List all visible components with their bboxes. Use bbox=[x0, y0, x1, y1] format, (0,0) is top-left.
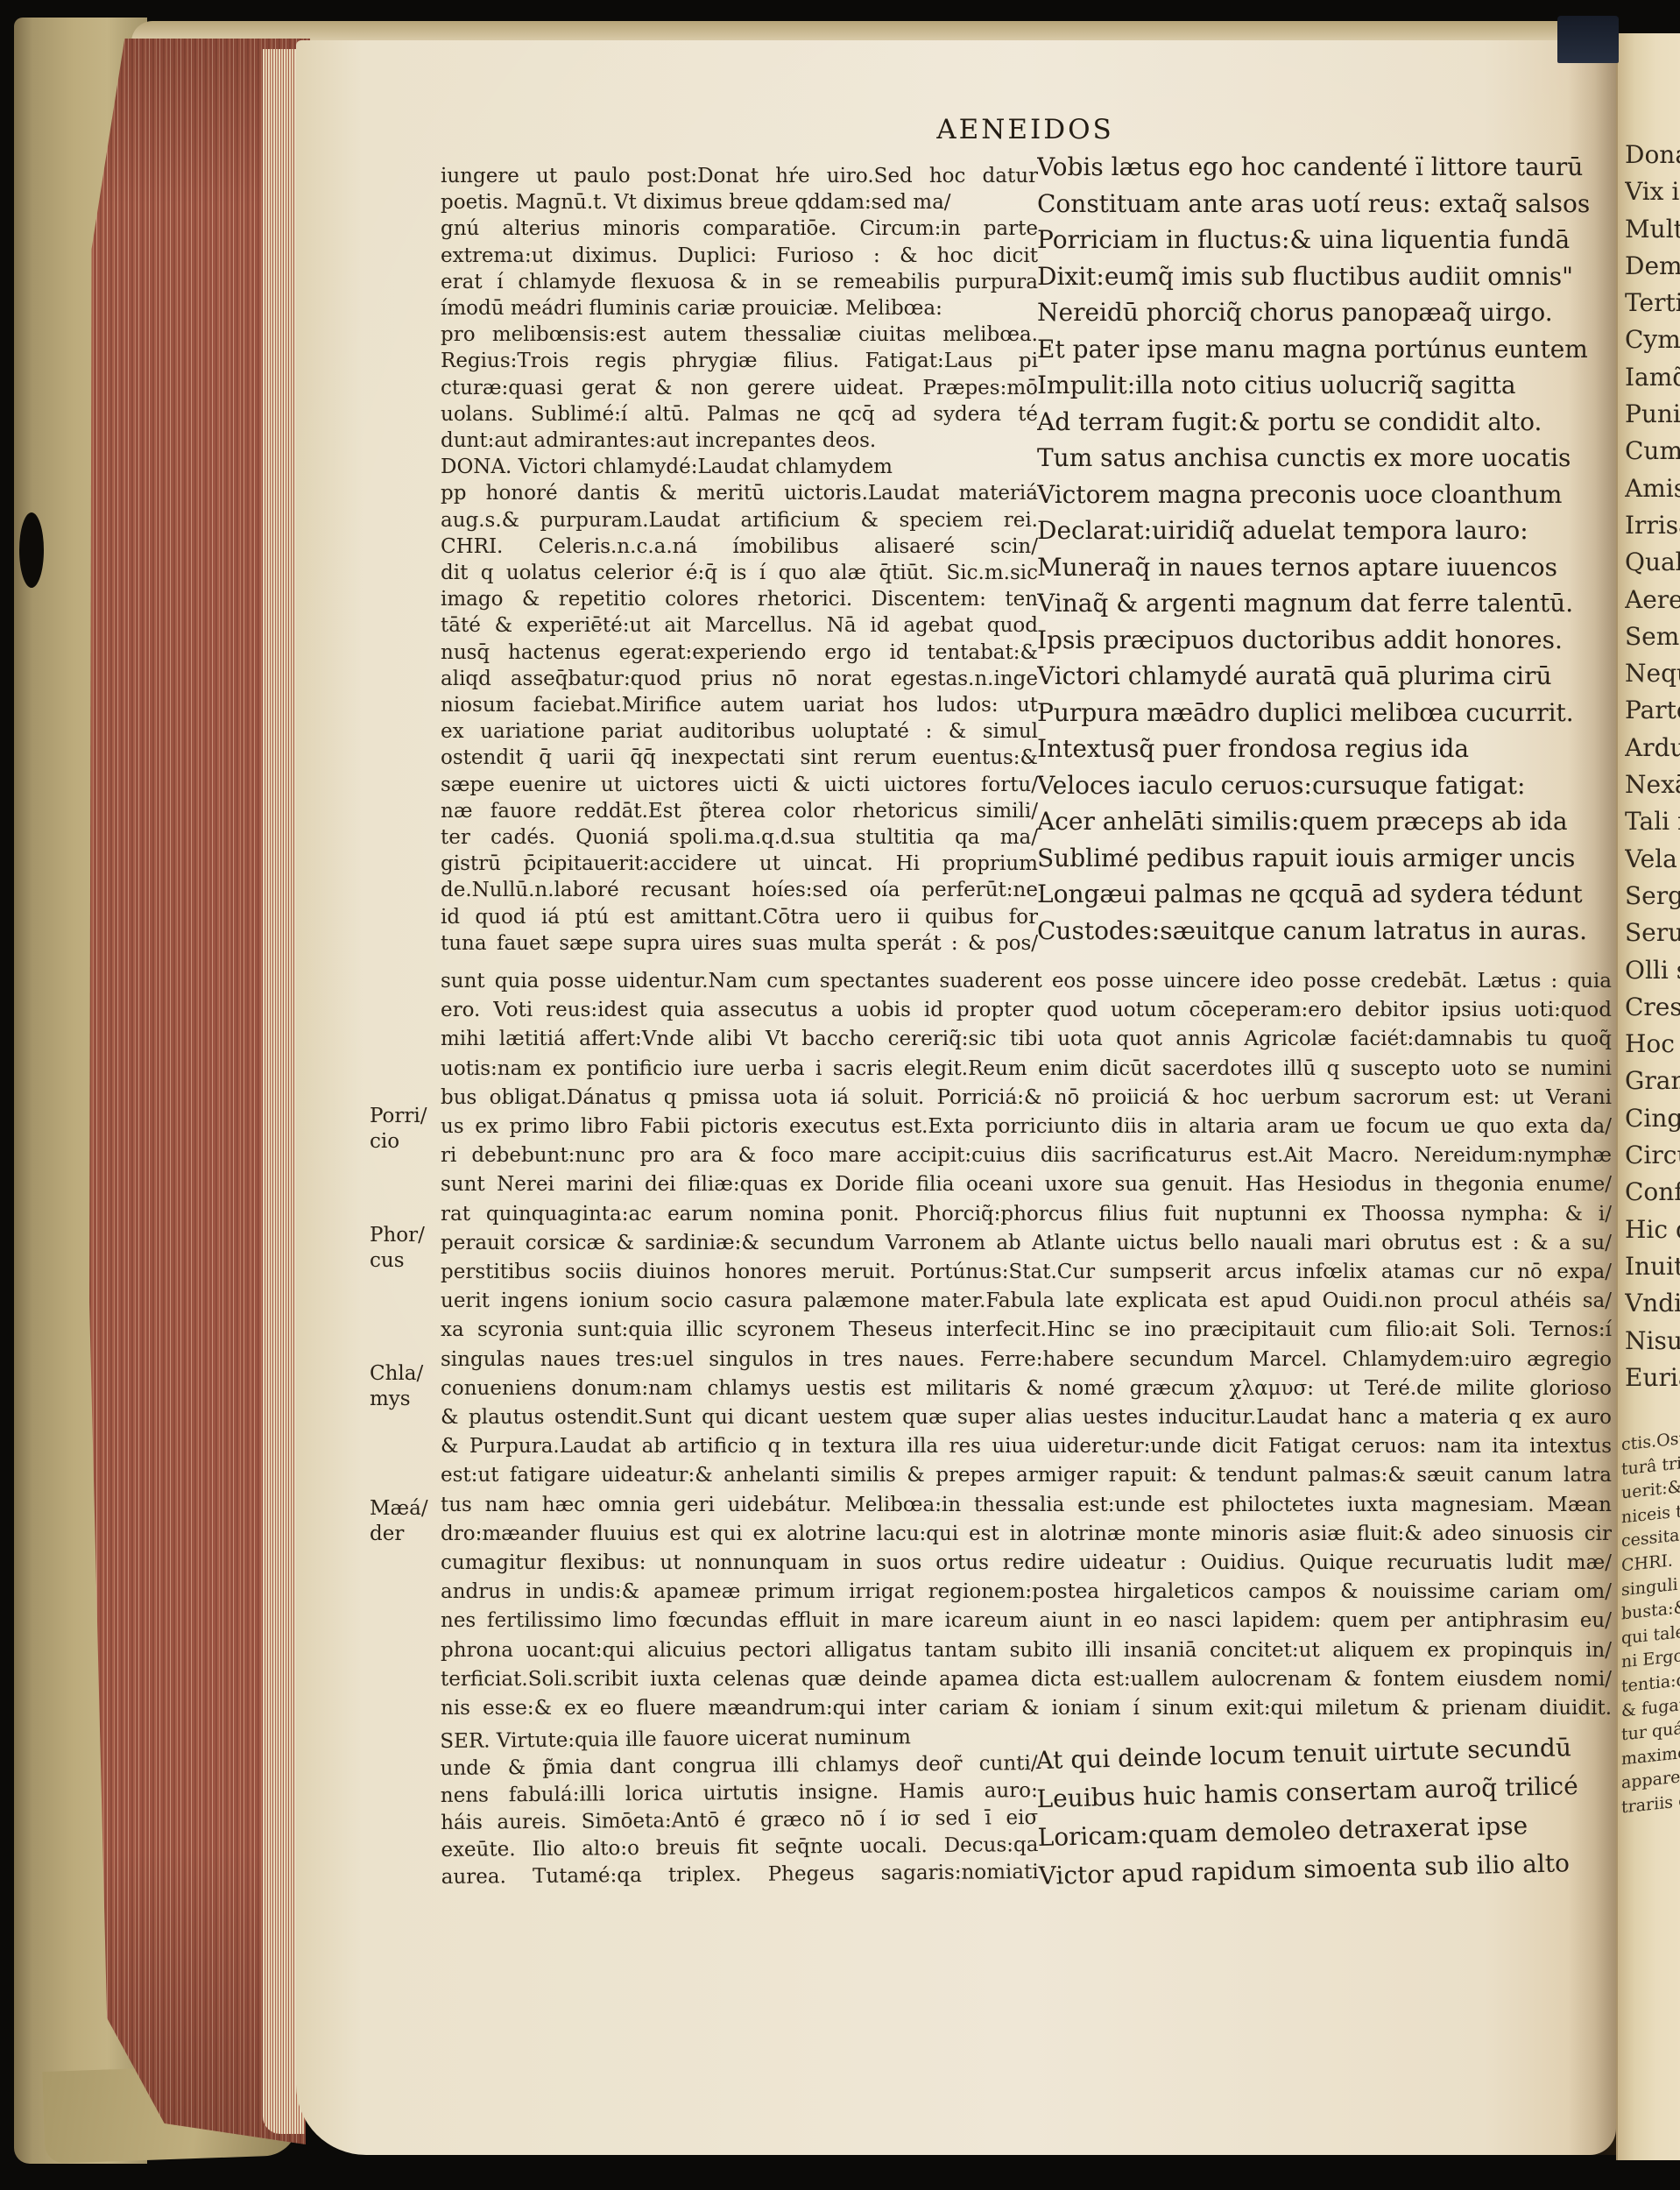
facing-page-poem-fragments: DonatVix illMultipDemolTertiaCymbiIamq̃ … bbox=[1625, 137, 1680, 1396]
commentary-line: cturæ:quasi gerat & non gerere uideat. P… bbox=[441, 375, 1038, 401]
poem-fragment-line: Donat bbox=[1625, 137, 1680, 173]
poem-fragment-line: Inuitat bbox=[1625, 1248, 1680, 1285]
commentary-line: ter cadés. Quoniá spoli.ma.q.d.sua stult… bbox=[441, 824, 1038, 851]
poem-fragment-line: Cingeb bbox=[1625, 1100, 1680, 1137]
commentary-line: est:ut fatigare uideatur:& anhelanti sim… bbox=[441, 1461, 1612, 1490]
commentary-column-bottom: SER. Virtute:quia ille fauore uicerat nu… bbox=[440, 1723, 1039, 1891]
poem-fragment-line: Circus e bbox=[1625, 1137, 1680, 1174]
commentary-line: id quod iá ptú est amittant.Cōtra uero i… bbox=[441, 904, 1038, 930]
poem-fragment-line: Seruat bbox=[1625, 915, 1680, 951]
poem-fragment-line: Arduus bbox=[1625, 730, 1680, 766]
poem-line: Purpura mæādro duplici melibœa cucurrit. bbox=[1037, 695, 1612, 731]
poem-line: Impulit:illa noto citius uolucriq̃ sagit… bbox=[1037, 367, 1612, 404]
commentary-line: ri debebunt:nunc pro ara & foco mare acc… bbox=[441, 1141, 1612, 1170]
poem-column-top: Vobis lætus ego hoc candenté ï littore t… bbox=[1037, 149, 1612, 949]
commentary-line: erat í chlamyde flexuosa & in se remeabi… bbox=[441, 269, 1038, 295]
commentary-line: poetis. Magnū.t. Vt diximus breue qddam:… bbox=[441, 189, 1038, 215]
poem-fragment-line: Cum sc bbox=[1625, 433, 1680, 470]
commentary-line: ímodū meádri fluminis cariæ prouiciæ. Me… bbox=[441, 295, 1038, 321]
poem-line: Muneraq̃ in naues ternos aptare iuuencos bbox=[1037, 549, 1612, 586]
commentary-line: ero. Voti reus:idest quia assecutus a uo… bbox=[441, 996, 1612, 1025]
commentary-line: pp honoré dantis & meritū uictoris.Lauda… bbox=[441, 480, 1038, 506]
poem-line: Nereidū phorciq̃ chorus panopæaq̃ uirgo. bbox=[1037, 294, 1612, 331]
commentary-line: sunt quia posse uidentur.Nam cum spectan… bbox=[441, 967, 1612, 996]
commentary-line: & plautus ostendit.Sunt qui dicant ueste… bbox=[441, 1403, 1612, 1432]
poem-fragment-line: Sergest bbox=[1625, 878, 1680, 915]
commentary-line: extrema:ut diximus. Duplici: Furioso : &… bbox=[441, 243, 1038, 269]
commentary-line: nis esse:& ex eo fluere mæandrum:qui int… bbox=[441, 1694, 1612, 1723]
margin-note-maeander: Mæá/ der bbox=[370, 1496, 441, 1547]
commentary-line: nusq̄ hactenus egerat:experiendo ergo id… bbox=[441, 639, 1038, 666]
commentary-line: conueniens donum:nam chlamys uestis est … bbox=[441, 1374, 1612, 1403]
commentary-line: DONA. Victori chlamydé:Laudat chlamydem bbox=[441, 454, 1038, 480]
margin-note-porricio: Porri/ cio bbox=[370, 1104, 441, 1155]
poem-line: Victori chlamydé auratā quā plurima cirū bbox=[1037, 658, 1612, 695]
commentary-line: perstitibus sociis diuinos honores merui… bbox=[441, 1258, 1612, 1287]
commentary-line: uerit ingens ionium socio casura palæmon… bbox=[441, 1287, 1612, 1316]
poem-line: Vobis lætus ego hoc candenté ï littore t… bbox=[1037, 149, 1612, 186]
commentary-line: sunt Nerei marini dei filiæ:quas ex Dori… bbox=[441, 1170, 1612, 1199]
commentary-line: ostendit q̄ uarii q̄q̄ inexpectati sint … bbox=[441, 745, 1038, 771]
commentary-line: andrus in undis:& apameæ primum irrigat … bbox=[441, 1578, 1612, 1607]
poem-fragment-line: Tertia bbox=[1625, 285, 1680, 321]
poem-line: Custodes:sæuitque canum latratus in aura… bbox=[1037, 913, 1612, 950]
poem-fragment-line: Eurial u bbox=[1625, 1360, 1680, 1396]
poem-line: Intextusq̃ puer frondosa regius ida bbox=[1037, 731, 1612, 767]
commentary-line: dunt:aut admirantes:aut increpantes deos… bbox=[441, 427, 1038, 454]
commentary-line: rat quinquaginta:ac earum nomina ponit. … bbox=[441, 1200, 1612, 1229]
poem-fragment-line: Vela fa bbox=[1625, 841, 1680, 878]
poem-fragment-line: Demol bbox=[1625, 248, 1680, 285]
poem-line: Constituam ante aras uotí reus: extaq̃ s… bbox=[1037, 186, 1612, 223]
page-text-layer: AENEIDOS iungere ut paulo post:Donat hŕe… bbox=[296, 40, 1616, 2155]
poem-line: Ad terram fugit:& portu se condidit alto… bbox=[1037, 404, 1612, 441]
cover-damage-hole bbox=[19, 512, 44, 588]
commentary-line: imago & repetitio colores rhetorici. Dis… bbox=[441, 586, 1038, 612]
poem-fragment-line: Confess bbox=[1625, 1174, 1680, 1211]
commentary-line: bus obligat.Dánatus q pmissa uota iá sol… bbox=[441, 1084, 1612, 1113]
poem-fragment-line: Iamq̃ a bbox=[1625, 359, 1680, 396]
commentary-line: & Purpura.Laudat ab artificio q in textu… bbox=[441, 1432, 1612, 1461]
poem-fragment-line: Nexāte bbox=[1625, 766, 1680, 803]
poem-fragment-line: Nisus & bbox=[1625, 1323, 1680, 1360]
commentary-line: aliqd asseq̄batur:quod prius nō norat eg… bbox=[441, 666, 1038, 692]
poem-fragment-line: Nequic bbox=[1625, 655, 1680, 692]
commentary-fragment-line: ctis.Oste bbox=[1621, 1415, 1680, 1458]
commentary-line: iungere ut paulo post:Donat hŕe uiro.Sed… bbox=[441, 163, 1038, 189]
commentary-line: niosum faciebat.Mirifice autem uariat ho… bbox=[441, 692, 1038, 718]
poem-column-bottom: At qui deinde locum tenuit uirtute secun… bbox=[1035, 1727, 1617, 1896]
commentary-line: us ex primo libro Fabii pictoris executu… bbox=[441, 1113, 1612, 1141]
poem-fragment-line: Cymbi bbox=[1625, 321, 1680, 358]
poem-line: Vinaq̃ & argenti magnum dat ferre talent… bbox=[1037, 585, 1612, 622]
poem-fragment-line: Amissis bbox=[1625, 470, 1680, 507]
poem-line: Porriciam in fluctus:& uina liquentia fu… bbox=[1037, 222, 1612, 258]
poem-line: Et pater ipse manu magna portúnus euntem bbox=[1037, 331, 1612, 368]
poem-fragment-line: Hic qui bbox=[1625, 1212, 1680, 1248]
poem-fragment-line: Vix ill bbox=[1625, 173, 1680, 210]
commentary-line: CHRI. Celeris.n.c.a.ná ímobilibus alisae… bbox=[441, 533, 1038, 560]
commentary-line: uotis:nam ex pontificio iure uerba i sac… bbox=[441, 1055, 1612, 1084]
poem-fragment-line: Olli se bbox=[1625, 952, 1680, 989]
commentary-line: dit q uolatus celerior é:q̄ is í quo alæ… bbox=[441, 560, 1038, 586]
commentary-line: tuna fauet sæpe supra uires suas multa s… bbox=[441, 930, 1038, 957]
poem-fragment-line: Aerea q bbox=[1625, 582, 1680, 618]
poem-fragment-line: Punice bbox=[1625, 396, 1680, 433]
commentary-block-full-width: sunt quia posse uidentur.Nam cum spectan… bbox=[441, 967, 1612, 1723]
facing-page-sliver: DonatVix illMultipDemolTertiaCymbiIamq̃ … bbox=[1616, 33, 1680, 2160]
margin-note-phorcus: Phor/ cus bbox=[370, 1223, 441, 1274]
poem-fragment-line: Cressa bbox=[1625, 989, 1680, 1026]
facing-page-commentary-fragments: ctis.Osteturâ trilicuerit:& pniceis tæce… bbox=[1621, 1415, 1680, 1820]
poem-line: Veloces iaculo ceruos:cursuque fatigat: bbox=[1037, 767, 1612, 804]
poem-fragment-line: Qualis bbox=[1625, 544, 1680, 581]
poem-line: Sublimé pedibus rapuit iouis armiger unc… bbox=[1037, 840, 1612, 877]
commentary-line: tāté & experiēté:ut ait Marcellus. Nā id… bbox=[441, 612, 1038, 639]
commentary-line: uolans. Sublimé:í altū. Palmas ne qcq̄ a… bbox=[441, 401, 1038, 427]
commentary-line: perauit corsicæ & sardiniæ:& secundum Va… bbox=[441, 1229, 1612, 1258]
commentary-line: næ fauore reddāt.Est p̃terea color rheto… bbox=[441, 798, 1038, 824]
commentary-line: aug.s.& purpuram.Laudat artificium & spe… bbox=[441, 507, 1038, 533]
commentary-line: tus nam hæc omnia geri uidebátur. Melibœ… bbox=[441, 1491, 1612, 1520]
commentary-line: ex uariatione pariat auditoribus uolupta… bbox=[441, 718, 1038, 745]
commentary-line: xa scyronia sunt:quia illic scyronem The… bbox=[441, 1316, 1612, 1345]
commentary-line: cumagitur flexibus: ut nonnunquam in suo… bbox=[441, 1549, 1612, 1578]
commentary-line: phrona uocant:qui alicuius pectori allig… bbox=[441, 1636, 1612, 1665]
poem-fragment-line: Hoc pi bbox=[1625, 1026, 1680, 1063]
poem-line: Tum satus anchisa cunctis ex more uocati… bbox=[1037, 440, 1612, 477]
poem-fragment-line: Multip bbox=[1625, 211, 1680, 248]
commentary-line: de.Nullū.n.laboré recusant hoíes:sed oía… bbox=[441, 877, 1038, 903]
commentary-line: nes fertilissimo limo fœcundas effluit i… bbox=[441, 1607, 1612, 1635]
commentary-line: terficiat.Soli.scribit iuxta celenas quæ… bbox=[441, 1665, 1612, 1694]
commentary-line: pro melibœnsis:est autem thessaliæ ciuit… bbox=[441, 321, 1038, 348]
margin-note-chlamys: Chla/ mys bbox=[370, 1361, 441, 1412]
commentary-line: gistrū p̄cipitauerit:accidere ut uincat.… bbox=[441, 851, 1038, 877]
poem-line: Dixit:eumq̃ imis sub fluctibus audiit om… bbox=[1037, 258, 1612, 295]
poem-line: Ipsis præcipuos ductoribus addit honores… bbox=[1037, 622, 1612, 659]
poem-fragment-line: Gramin bbox=[1625, 1063, 1680, 1099]
commentary-column-top: iungere ut paulo post:Donat hŕe uiro.Sed… bbox=[441, 163, 1038, 957]
poem-fragment-line: Semine bbox=[1625, 618, 1680, 655]
commentary-line: mihi lætitiá affert:Vnde alibi Vt baccho… bbox=[441, 1025, 1612, 1054]
poem-fragment-line: Tali re bbox=[1625, 803, 1680, 840]
commentary-line: singulas naues tres:uel singulos in tres… bbox=[441, 1346, 1612, 1374]
commentary-line: dro:mæander fluuius est qui ex alotrine … bbox=[441, 1520, 1612, 1549]
poem-line: Acer anhelāti similis:quem præceps ab id… bbox=[1037, 803, 1612, 840]
commentary-line: sæpe euenire ut uictores uicti & uicti u… bbox=[441, 772, 1038, 798]
poem-fragment-line: Irrisam bbox=[1625, 507, 1680, 544]
running-title: AENEIDOS bbox=[441, 114, 1610, 145]
commentary-line: Regius:Trois regis phrygiæ filius. Fatig… bbox=[441, 348, 1038, 374]
poem-line: Victorem magna preconis uoce cloanthum bbox=[1037, 477, 1612, 513]
poem-fragment-line: Parte fe bbox=[1625, 692, 1680, 729]
commentary-line: aurea. Tutamé:qa triplex. Phegeus sagari… bbox=[441, 1859, 1039, 1891]
poem-line: Longæui palmas ne qcquā ad sydera tédunt bbox=[1037, 876, 1612, 913]
commentary-line: gnú alterius minoris comparatiōe. Circum… bbox=[441, 215, 1038, 242]
poem-fragment-line: Vndiq̃ bbox=[1625, 1285, 1680, 1322]
poem-line: Declarat:uiridiq̃ aduelat tempora lauro: bbox=[1037, 512, 1612, 549]
